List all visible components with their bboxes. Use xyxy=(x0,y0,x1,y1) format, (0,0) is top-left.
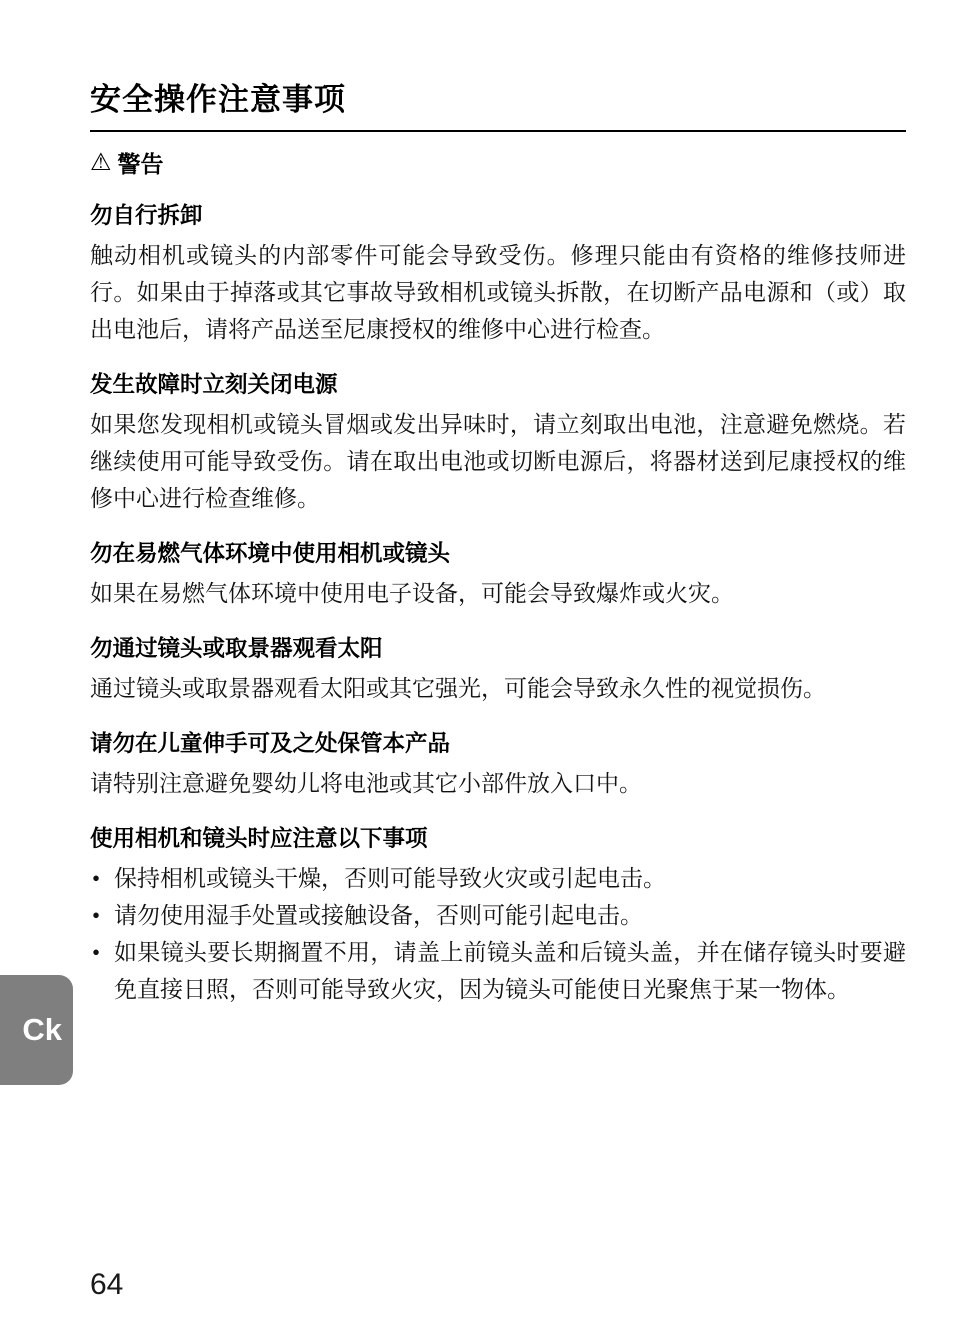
section-heading: 勿自行拆卸 xyxy=(90,202,906,230)
list-item: 保持相机或镜头干燥，否则可能导致火灾或引起电击。 xyxy=(90,860,906,897)
warning-triangle-icon: ⚠ xyxy=(90,150,112,174)
section-usage-precautions: 使用相机和镜头时应注意以下事项 保持相机或镜头干燥，否则可能导致火灾或引起电击。… xyxy=(90,825,906,1008)
section-paragraph: 如果在易燃气体环境中使用电子设备，可能会导致爆炸或火灾。 xyxy=(90,575,906,612)
page-number: 64 xyxy=(90,1268,123,1302)
warning-header-row: ⚠ 警告 xyxy=(90,146,906,179)
manual-page: 安全操作注意事项 ⚠ 警告 勿自行拆卸 触动相机或镜头的内部零件可能会导致受伤。… xyxy=(0,0,954,1342)
section-paragraph: 如果您发现相机或镜头冒烟或发出异味时，请立刻取出电池，注意避免燃烧。若继续使用可… xyxy=(90,406,906,517)
section-turn-off-on-malfunction: 发生故障时立刻关闭电源 如果您发现相机或镜头冒烟或发出异味时，请立刻取出电池，注… xyxy=(90,371,906,517)
language-tab-label: Ck xyxy=(22,1012,62,1048)
section-do-not-disassemble: 勿自行拆卸 触动相机或镜头的内部零件可能会导致受伤。修理只能由有资格的维修技师进… xyxy=(90,202,906,348)
section-do-not-view-sun: 勿通过镜头或取景器观看太阳 通过镜头或取景器观看太阳或其它强光，可能会导致永久性… xyxy=(90,635,906,707)
section-paragraph: 触动相机或镜头的内部零件可能会导致受伤。修理只能由有资格的维修技师进行。如果由于… xyxy=(90,237,906,348)
language-tab-ck: Ck xyxy=(0,975,73,1085)
section-heading: 勿在易燃气体环境中使用相机或镜头 xyxy=(90,540,906,568)
section-keep-from-children: 请勿在儿童伸手可及之处保管本产品 请特别注意避免婴幼儿将电池或其它小部件放入口中… xyxy=(90,730,906,802)
list-item: 请勿使用湿手处置或接触设备，否则可能引起电击。 xyxy=(90,897,906,934)
section-heading: 请勿在儿童伸手可及之处保管本产品 xyxy=(90,730,906,758)
page-content: 安全操作注意事项 ⚠ 警告 勿自行拆卸 触动相机或镜头的内部零件可能会导致受伤。… xyxy=(90,78,906,1008)
title-divider xyxy=(90,130,906,132)
section-heading: 勿通过镜头或取景器观看太阳 xyxy=(90,635,906,663)
section-heading: 使用相机和镜头时应注意以下事项 xyxy=(90,825,906,853)
section-paragraph: 请特别注意避免婴幼儿将电池或其它小部件放入口中。 xyxy=(90,765,906,802)
section-paragraph: 通过镜头或取景器观看太阳或其它强光，可能会导致永久性的视觉损伤。 xyxy=(90,670,906,707)
section-heading: 发生故障时立刻关闭电源 xyxy=(90,371,906,399)
precaution-list: 保持相机或镜头干燥，否则可能导致火灾或引起电击。 请勿使用湿手处置或接触设备，否… xyxy=(90,860,906,1008)
warning-label: 警告 xyxy=(118,146,164,179)
page-title: 安全操作注意事项 xyxy=(90,78,906,122)
list-item: 如果镜头要长期搁置不用，请盖上前镜头盖和后镜头盖，并在储存镜头时要避免直接日照，… xyxy=(90,934,906,1008)
section-flammable-gas: 勿在易燃气体环境中使用相机或镜头 如果在易燃气体环境中使用电子设备，可能会导致爆… xyxy=(90,540,906,612)
